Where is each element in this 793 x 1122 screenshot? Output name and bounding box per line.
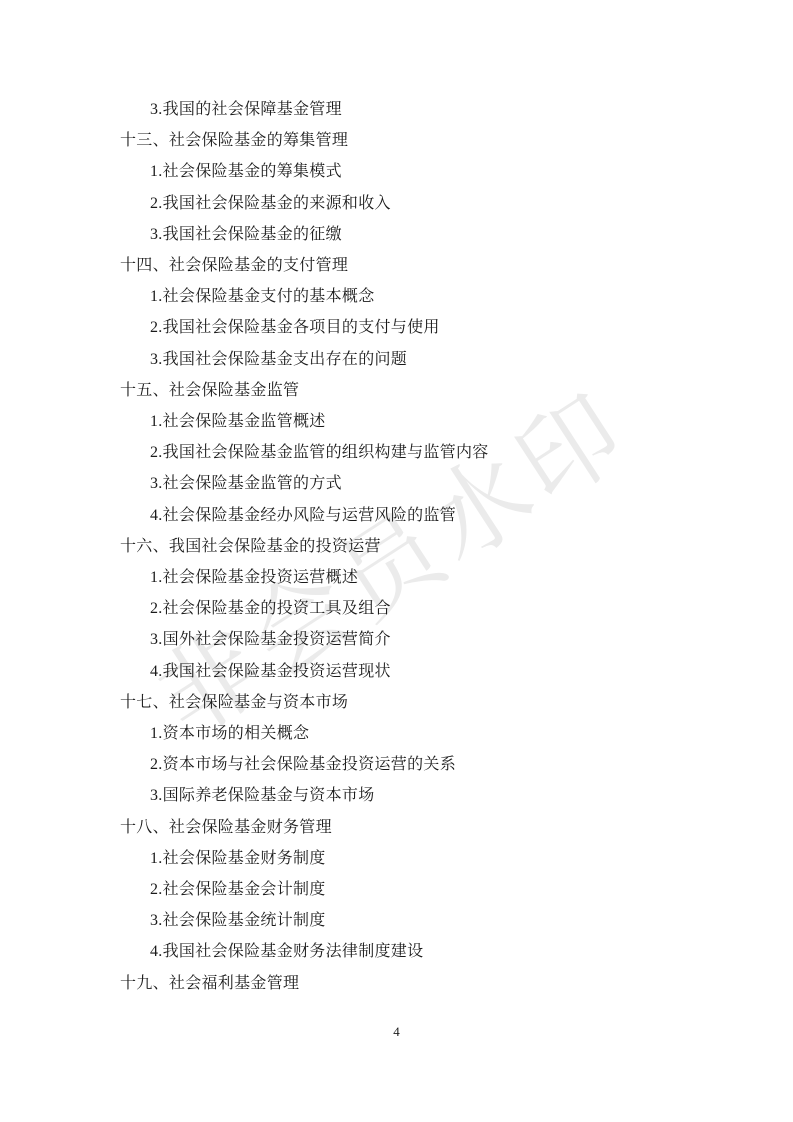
outline-item: 3.我国的社会保障基金管理 <box>0 94 793 125</box>
document-page: 非会员水印 3.我国的社会保障基金管理十三、社会保险基金的筹集管理1.社会保险基… <box>0 0 793 1122</box>
outline-list: 3.我国的社会保障基金管理十三、社会保险基金的筹集管理1.社会保险基金的筹集模式… <box>0 94 793 999</box>
outline-item: 1.社会保险基金的筹集模式 <box>0 156 793 187</box>
outline-item: 2.我国社会保险基金监管的组织构建与监管内容 <box>0 437 793 468</box>
outline-item: 1.社会保险基金监管概述 <box>0 406 793 437</box>
outline-heading: 十七、社会保险基金与资本市场 <box>0 687 793 718</box>
outline-item: 4.社会保险基金经办风险与运营风险的监管 <box>0 500 793 531</box>
outline-item: 2.我国社会保险基金各项目的支付与使用 <box>0 312 793 343</box>
outline-item: 3.国际养老保险基金与资本市场 <box>0 780 793 811</box>
outline-item: 1.社会保险基金财务制度 <box>0 843 793 874</box>
outline-heading: 十三、社会保险基金的筹集管理 <box>0 125 793 156</box>
outline-item: 2.社会保险基金的投资工具及组合 <box>0 593 793 624</box>
outline-heading: 十五、社会保险基金监管 <box>0 375 793 406</box>
outline-item: 3.社会保险基金监管的方式 <box>0 468 793 499</box>
page-number: 4 <box>0 1024 793 1040</box>
outline-item: 1.资本市场的相关概念 <box>0 718 793 749</box>
outline-item: 2.资本市场与社会保险基金投资运营的关系 <box>0 749 793 780</box>
outline-heading: 十六、我国社会保险基金的投资运营 <box>0 531 793 562</box>
outline-heading: 十九、社会福利基金管理 <box>0 968 793 999</box>
outline-item: 3.国外社会保险基金投资运营简介 <box>0 624 793 655</box>
outline-item: 3.社会保险基金统计制度 <box>0 905 793 936</box>
outline-item: 4.我国社会保险基金财务法律制度建设 <box>0 936 793 967</box>
outline-heading: 十四、社会保险基金的支付管理 <box>0 250 793 281</box>
outline-item: 1.社会保险基金投资运营概述 <box>0 562 793 593</box>
outline-item: 3.我国社会保险基金的征缴 <box>0 219 793 250</box>
outline-item: 4.我国社会保险基金投资运营现状 <box>0 656 793 687</box>
outline-item: 2.社会保险基金会计制度 <box>0 874 793 905</box>
outline-item: 3.我国社会保险基金支出存在的问题 <box>0 344 793 375</box>
outline-item: 1.社会保险基金支付的基本概念 <box>0 281 793 312</box>
outline-item: 2.我国社会保险基金的来源和收入 <box>0 188 793 219</box>
outline-heading: 十八、社会保险基金财务管理 <box>0 812 793 843</box>
